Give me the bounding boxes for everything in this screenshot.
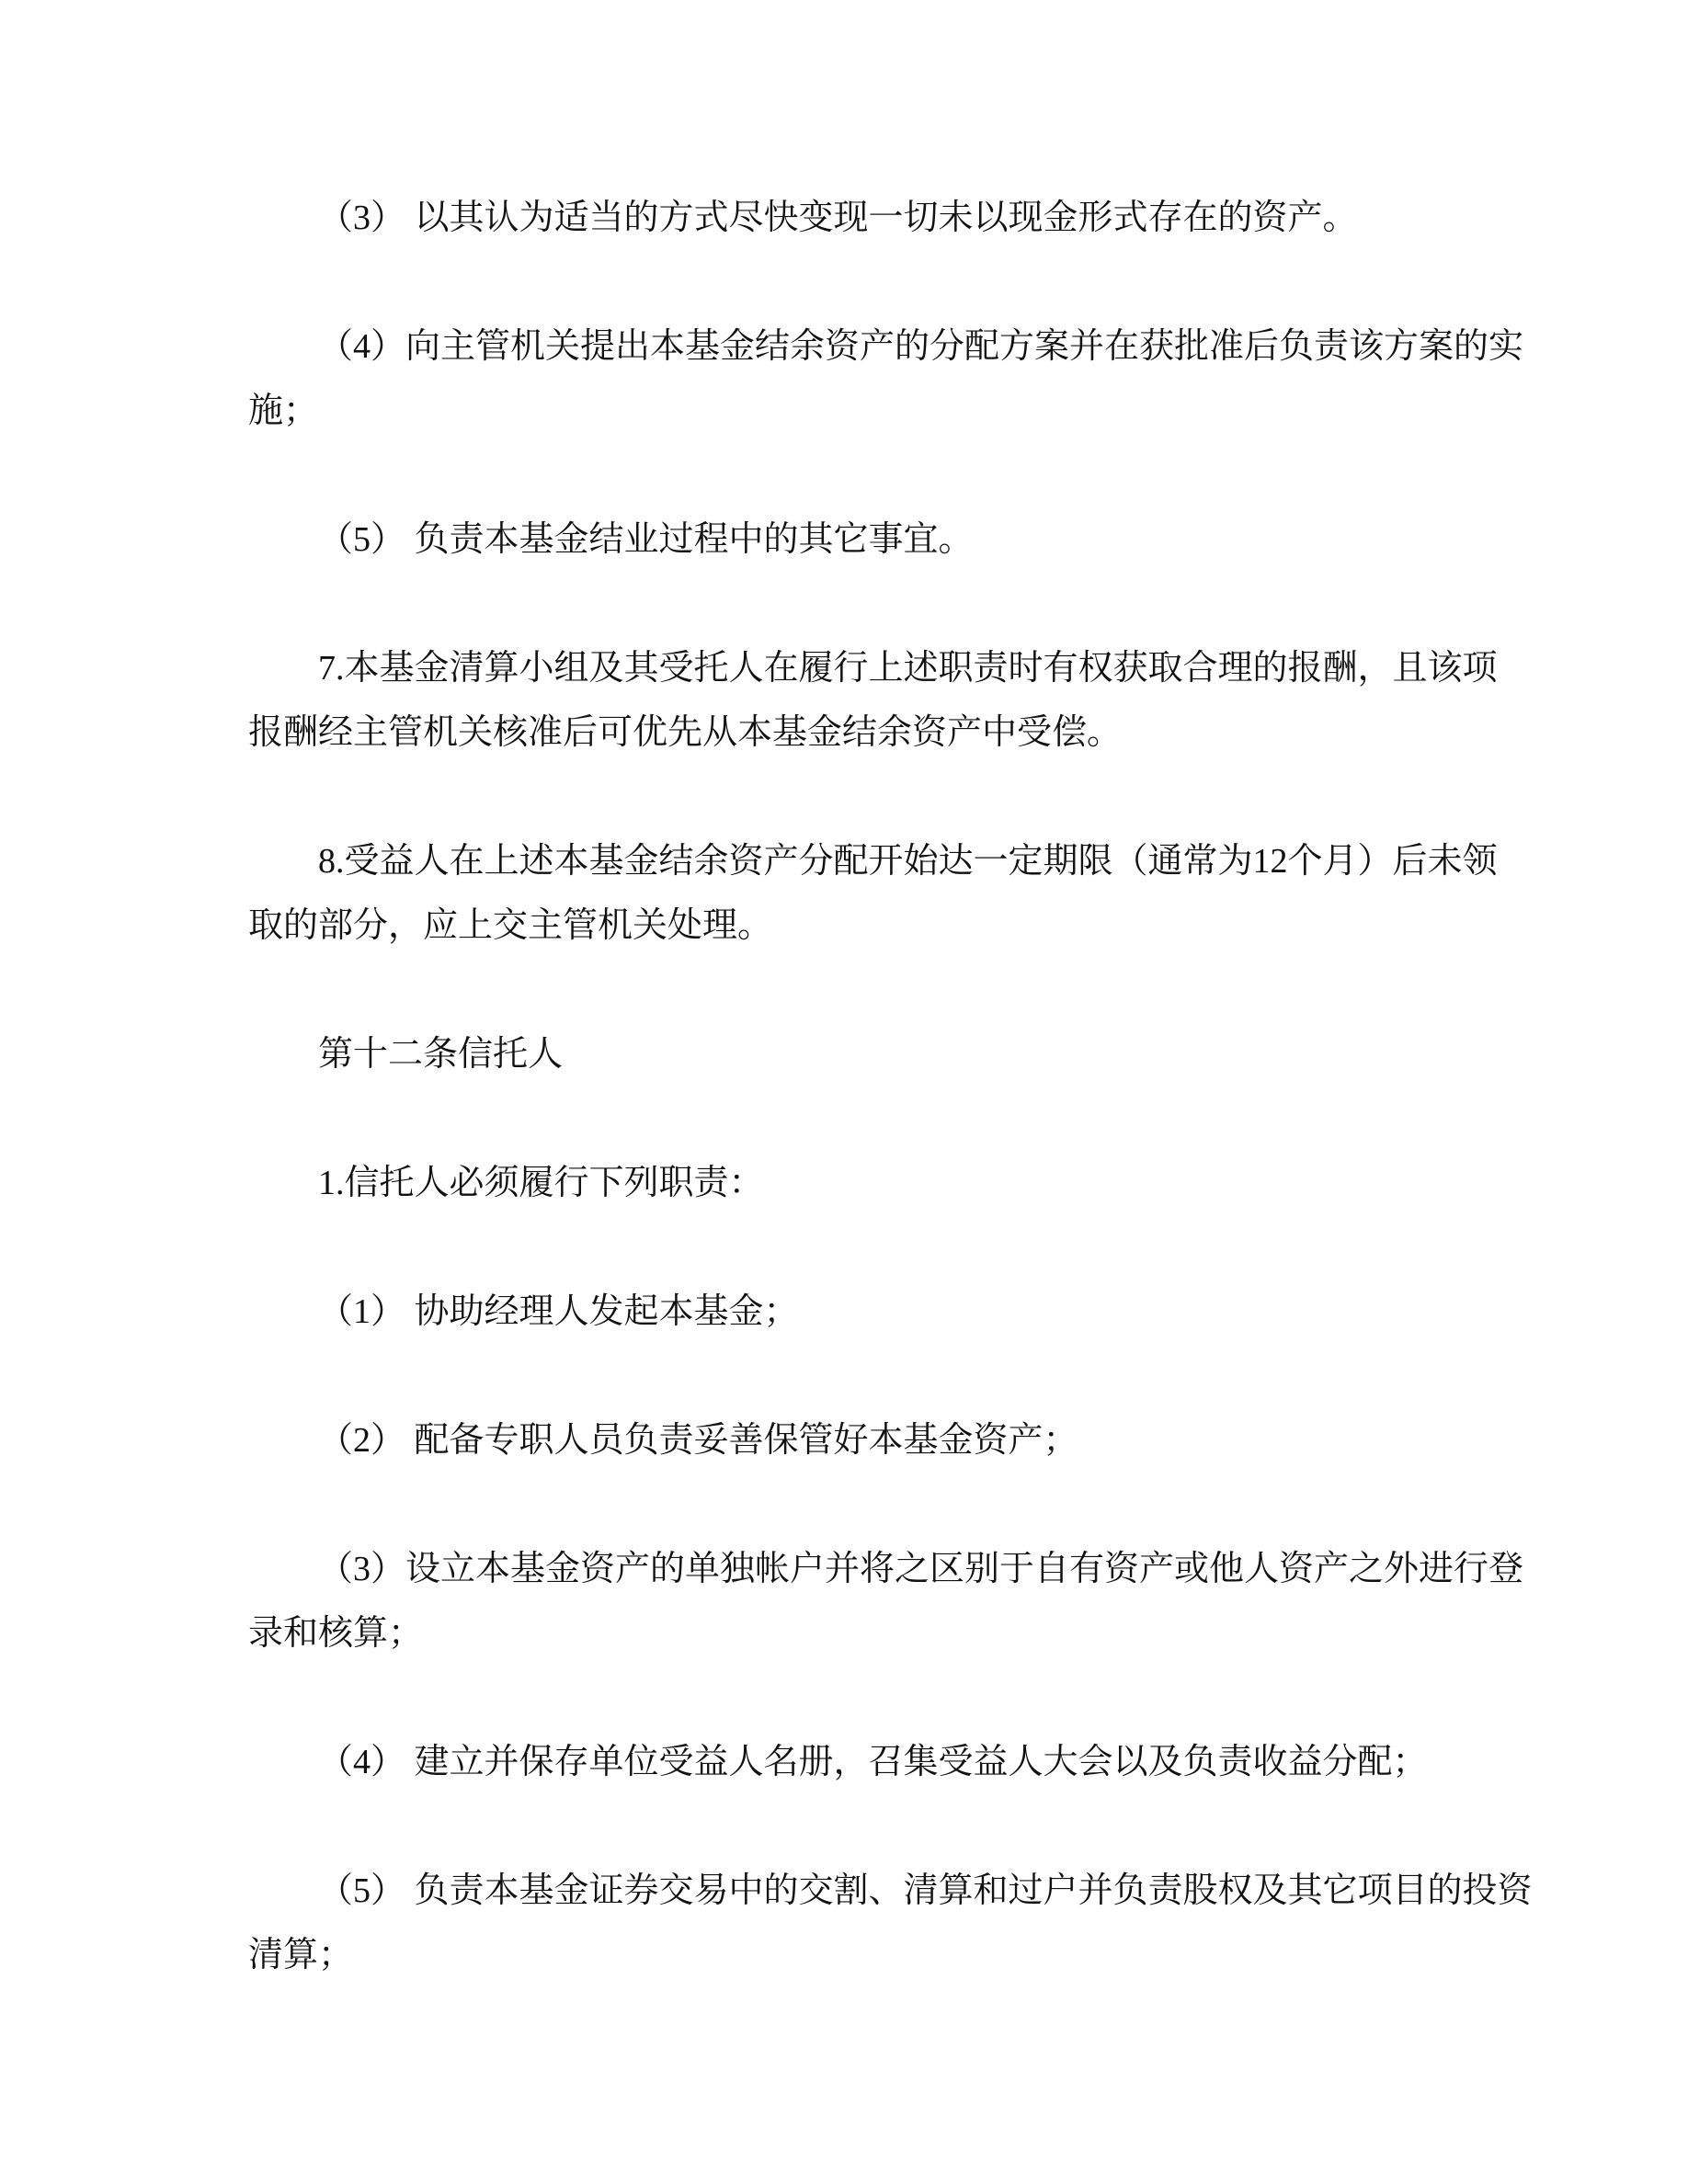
paragraph-line: 录和核算； — [248, 1601, 1471, 1666]
paragraph: 第十二条信托人 — [248, 1022, 1471, 1086]
paragraph: （1） 协助经理人发起本基金； — [248, 1280, 1471, 1344]
paragraph-first-line: （4） 建立并保存单位受益人名册，召集受益人大会以及负责收益分配； — [248, 1730, 1471, 1794]
paragraph: （5） 负责本基金证券交易中的交割、清算和过户并负责股权及其它项目的投资清算； — [248, 1859, 1471, 1987]
document-body: （3） 以其认为适当的方式尽快变现一切未以现金形式存在的资产。（4）向主管机关提… — [248, 186, 1471, 1987]
paragraph-line: 清算； — [248, 1923, 1471, 1987]
paragraph: （4）向主管机关提出本基金结余资产的分配方案并在获批准后负责该方案的实施； — [248, 314, 1471, 443]
paragraph-first-line: 7.本基金清算小组及其受托人在履行上述职责时有权获取合理的报酬，且该项 — [248, 636, 1471, 700]
paragraph: 7.本基金清算小组及其受托人在履行上述职责时有权获取合理的报酬，且该项报酬经主管… — [248, 636, 1471, 765]
paragraph: （2） 配备专职人员负责妥善保管好本基金资产； — [248, 1408, 1471, 1473]
paragraph-first-line: （3）设立本基金资产的单独帐户并将之区别于自有资产或他人资产之外进行登 — [248, 1537, 1471, 1601]
paragraph-first-line: （4）向主管机关提出本基金结余资产的分配方案并在获批准后负责该方案的实 — [248, 314, 1471, 379]
paragraph-first-line: （2） 配备专职人员负责妥善保管好本基金资产； — [248, 1408, 1471, 1473]
paragraph-first-line: （1） 协助经理人发起本基金； — [248, 1280, 1471, 1344]
paragraph: （3） 以其认为适当的方式尽快变现一切未以现金形式存在的资产。 — [248, 186, 1471, 250]
paragraph-first-line: （5） 负责本基金证券交易中的交割、清算和过户并负责股权及其它项目的投资 — [248, 1859, 1471, 1923]
document-page: （3） 以其认为适当的方式尽快变现一切未以现金形式存在的资产。（4）向主管机关提… — [0, 0, 1688, 2184]
paragraph: 8.受益人在上述本基金结余资产分配开始达一定期限（通常为12个月）后未领取的部分… — [248, 829, 1471, 958]
paragraph-first-line: 1.信托人必须履行下列职责： — [248, 1151, 1471, 1215]
paragraph-line: 施； — [248, 379, 1471, 443]
paragraph-first-line: （5） 负责本基金结业过程中的其它事宜。 — [248, 507, 1471, 572]
paragraph-line: 报酬经主管机关核准后可优先从本基金结余资产中受偿。 — [248, 700, 1471, 765]
paragraph: （5） 负责本基金结业过程中的其它事宜。 — [248, 507, 1471, 572]
paragraph-first-line: 8.受益人在上述本基金结余资产分配开始达一定期限（通常为12个月）后未领 — [248, 829, 1471, 893]
paragraph-first-line: （3） 以其认为适当的方式尽快变现一切未以现金形式存在的资产。 — [248, 186, 1471, 250]
paragraph: 1.信托人必须履行下列职责： — [248, 1151, 1471, 1215]
paragraph-first-line: 第十二条信托人 — [248, 1022, 1471, 1086]
paragraph: （4） 建立并保存单位受益人名册，召集受益人大会以及负责收益分配； — [248, 1730, 1471, 1794]
paragraph-line: 取的部分，应上交主管机关处理。 — [248, 893, 1471, 958]
paragraph: （3）设立本基金资产的单独帐户并将之区别于自有资产或他人资产之外进行登录和核算； — [248, 1537, 1471, 1666]
